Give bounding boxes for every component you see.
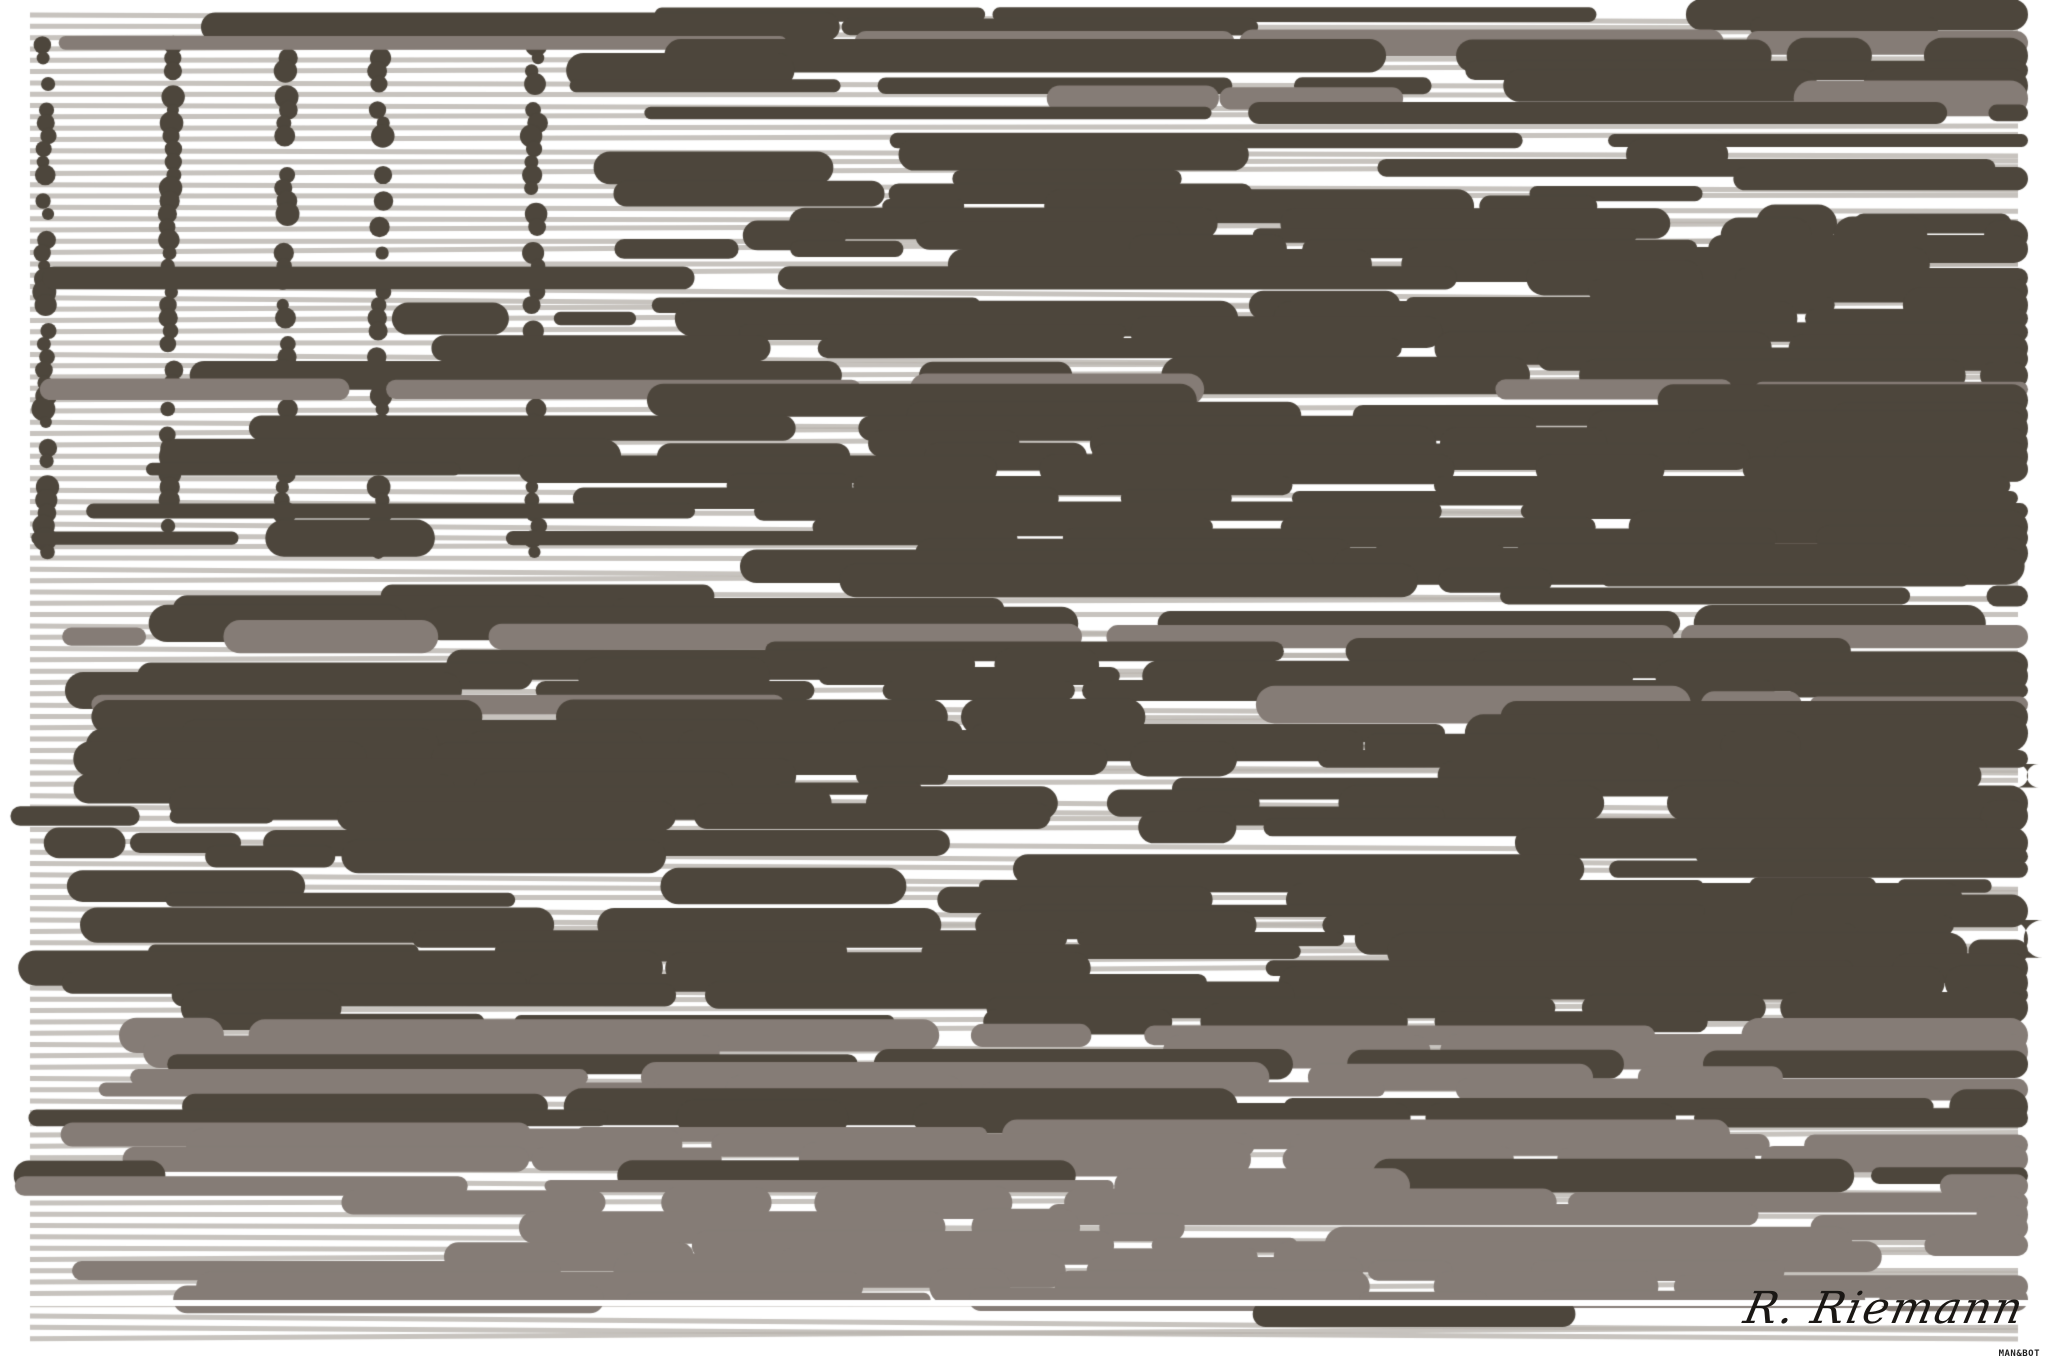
maker-mark: MAN&BOT [1999,1349,2040,1359]
artwork-canvas [0,0,2048,1365]
artist-signature: R. Riemann [1740,1283,2030,1334]
